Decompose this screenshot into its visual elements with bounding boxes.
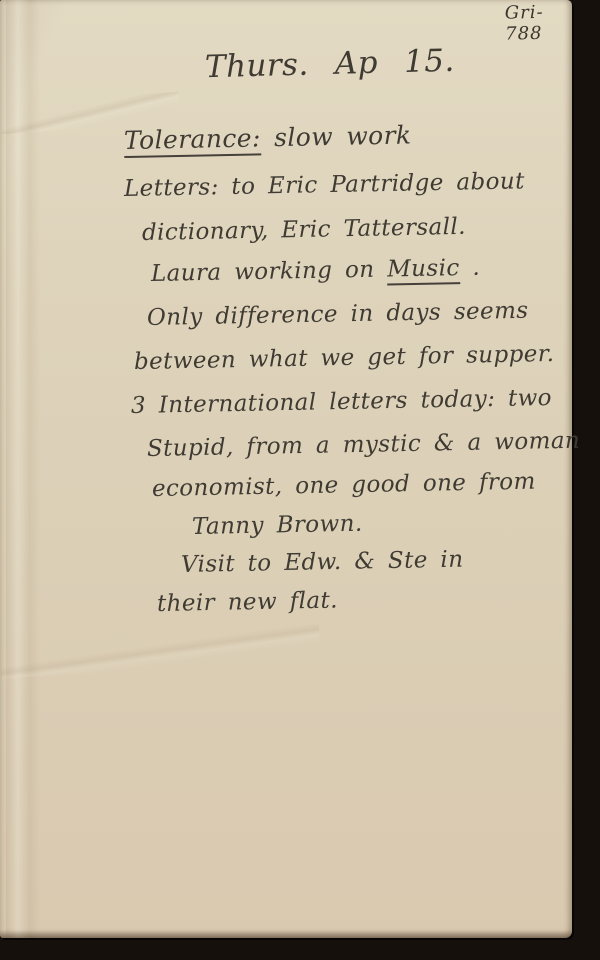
handwritten-text: dictionary, Eric Tattersall.	[142, 214, 466, 246]
handwritten-text: Tanny Brown.	[192, 511, 363, 540]
underlined-text: Tolerance:	[124, 123, 261, 158]
handwritten-text: between what we get for supper.	[134, 341, 555, 375]
handwritten-line: Laura working on Music .	[151, 255, 481, 287]
handwritten-line: dictionary, Eric Tattersall.	[142, 214, 466, 246]
handwritten-text: Laura working on	[151, 256, 388, 287]
handwritten-line: Stupid, from a mystic & a woman	[147, 428, 581, 462]
handwritten-text: economist, one good one from	[152, 469, 536, 502]
handwritten-line: Only difference in days seems	[147, 298, 529, 331]
handwritten-line: their new flat.	[157, 588, 338, 617]
diary-entry-body: Tolerance: slow workLetters: to Eric Par…	[0, 0, 572, 938]
handwritten-text: .	[459, 255, 480, 281]
handwritten-line: Visit to Edw. & Ste in	[181, 547, 464, 578]
handwritten-line: Letters: to Eric Partridge about	[124, 168, 525, 202]
paper-sheet: Gri-788 Thurs. Ap 15. Tolerance: slow wo…	[0, 0, 572, 938]
handwritten-text: Only difference in days seems	[147, 298, 529, 331]
handwritten-text: slow work	[260, 120, 411, 152]
handwritten-text: Letters: to Eric Partridge about	[124, 168, 525, 202]
handwritten-line: 3 International letters today: two	[131, 385, 552, 419]
handwritten-line: Tolerance: slow work	[124, 120, 412, 155]
scanned-diary-page: Gri-788 Thurs. Ap 15. Tolerance: slow wo…	[0, 0, 600, 960]
handwritten-text: Stupid, from a mystic & a woman	[147, 428, 581, 462]
handwritten-line: between what we get for supper.	[134, 341, 555, 375]
handwritten-text: 3 International letters today: two	[131, 385, 552, 419]
handwritten-text: Visit to Edw. & Ste in	[181, 547, 464, 578]
handwritten-line: economist, one good one from	[152, 469, 536, 502]
handwritten-line: Tanny Brown.	[192, 511, 363, 540]
underlined-text: Music	[387, 255, 460, 285]
handwritten-text: their new flat.	[157, 588, 338, 617]
